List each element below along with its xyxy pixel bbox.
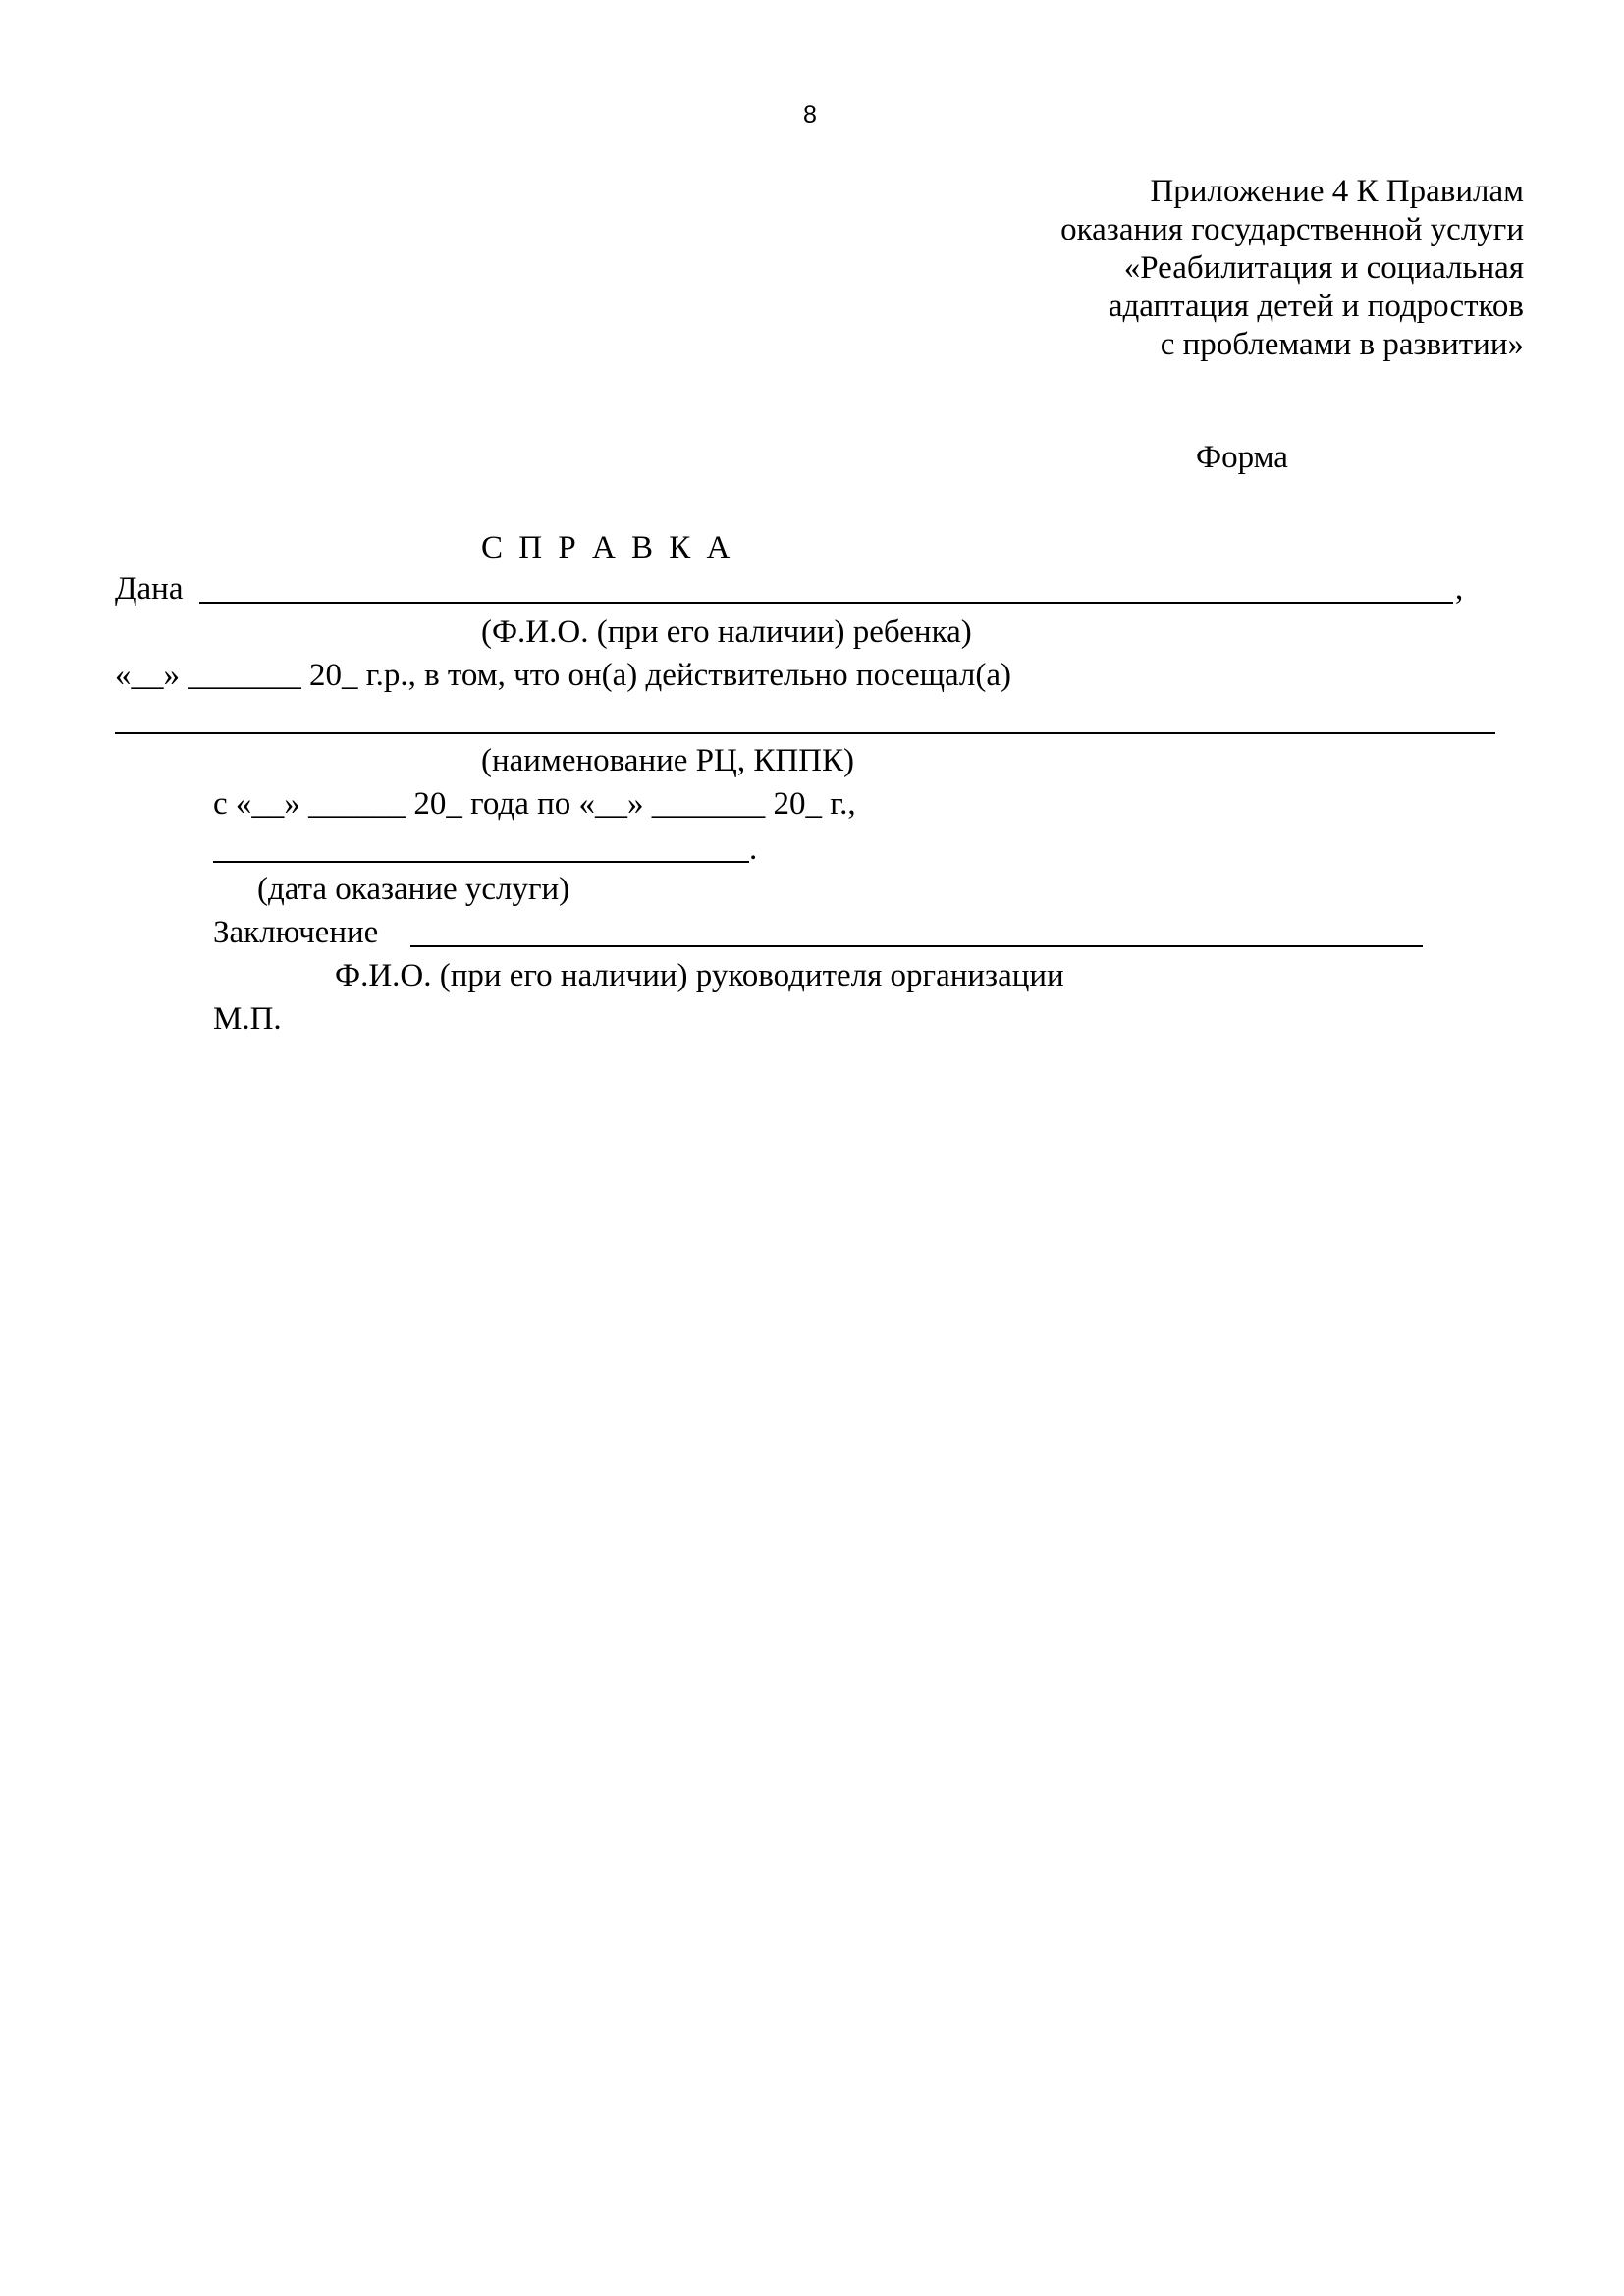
conclusion-field[interactable] [410,909,1423,944]
appendix-line: Приложение 4 К Правилам [1060,173,1524,211]
service-date-field[interactable] [213,825,749,860]
appendix-line: оказания государственной услуги [1060,211,1524,249]
appendix-line: адаптация детей и подростков [1060,288,1524,326]
service-date-period: . [749,829,757,869]
document-title: С П Р А В К А [481,528,733,567]
given-to-label: Дана [115,569,183,609]
organization-hint: (наименование РЦ, КППК) [481,741,854,780]
service-date-field-underline [213,861,749,863]
conclusion-field-underline [410,945,1423,947]
appendix-reference: Приложение 4 К Правилам оказания государ… [1060,173,1524,364]
stamp-label: М.П. [213,999,282,1039]
birth-date-line: «__» _______ 20_ г.р., в том, что он(а) … [115,656,1011,695]
head-name-hint: Ф.И.О. (при его наличии) руководителя ор… [335,956,1064,995]
given-to-field-underline [199,602,1453,604]
organization-field-underline [115,732,1495,734]
child-name-hint: (Ф.И.О. (при его наличии) ребенка) [481,613,972,652]
appendix-line: «Реабилитация и социальная [1060,249,1524,288]
page-number: 8 [803,100,817,130]
appendix-line: с проблемами в развитии» [1060,326,1524,364]
service-period-line: с «__» ______ 20_ года по «__» _______ 2… [213,784,856,824]
conclusion-label: Заключение [213,913,378,952]
organization-field[interactable] [115,695,1495,730]
form-label: Форма [1196,438,1288,477]
given-to-comma: , [1455,569,1463,609]
given-to-field[interactable] [199,565,1453,601]
service-date-hint: (дата оказание услуги) [257,870,569,909]
